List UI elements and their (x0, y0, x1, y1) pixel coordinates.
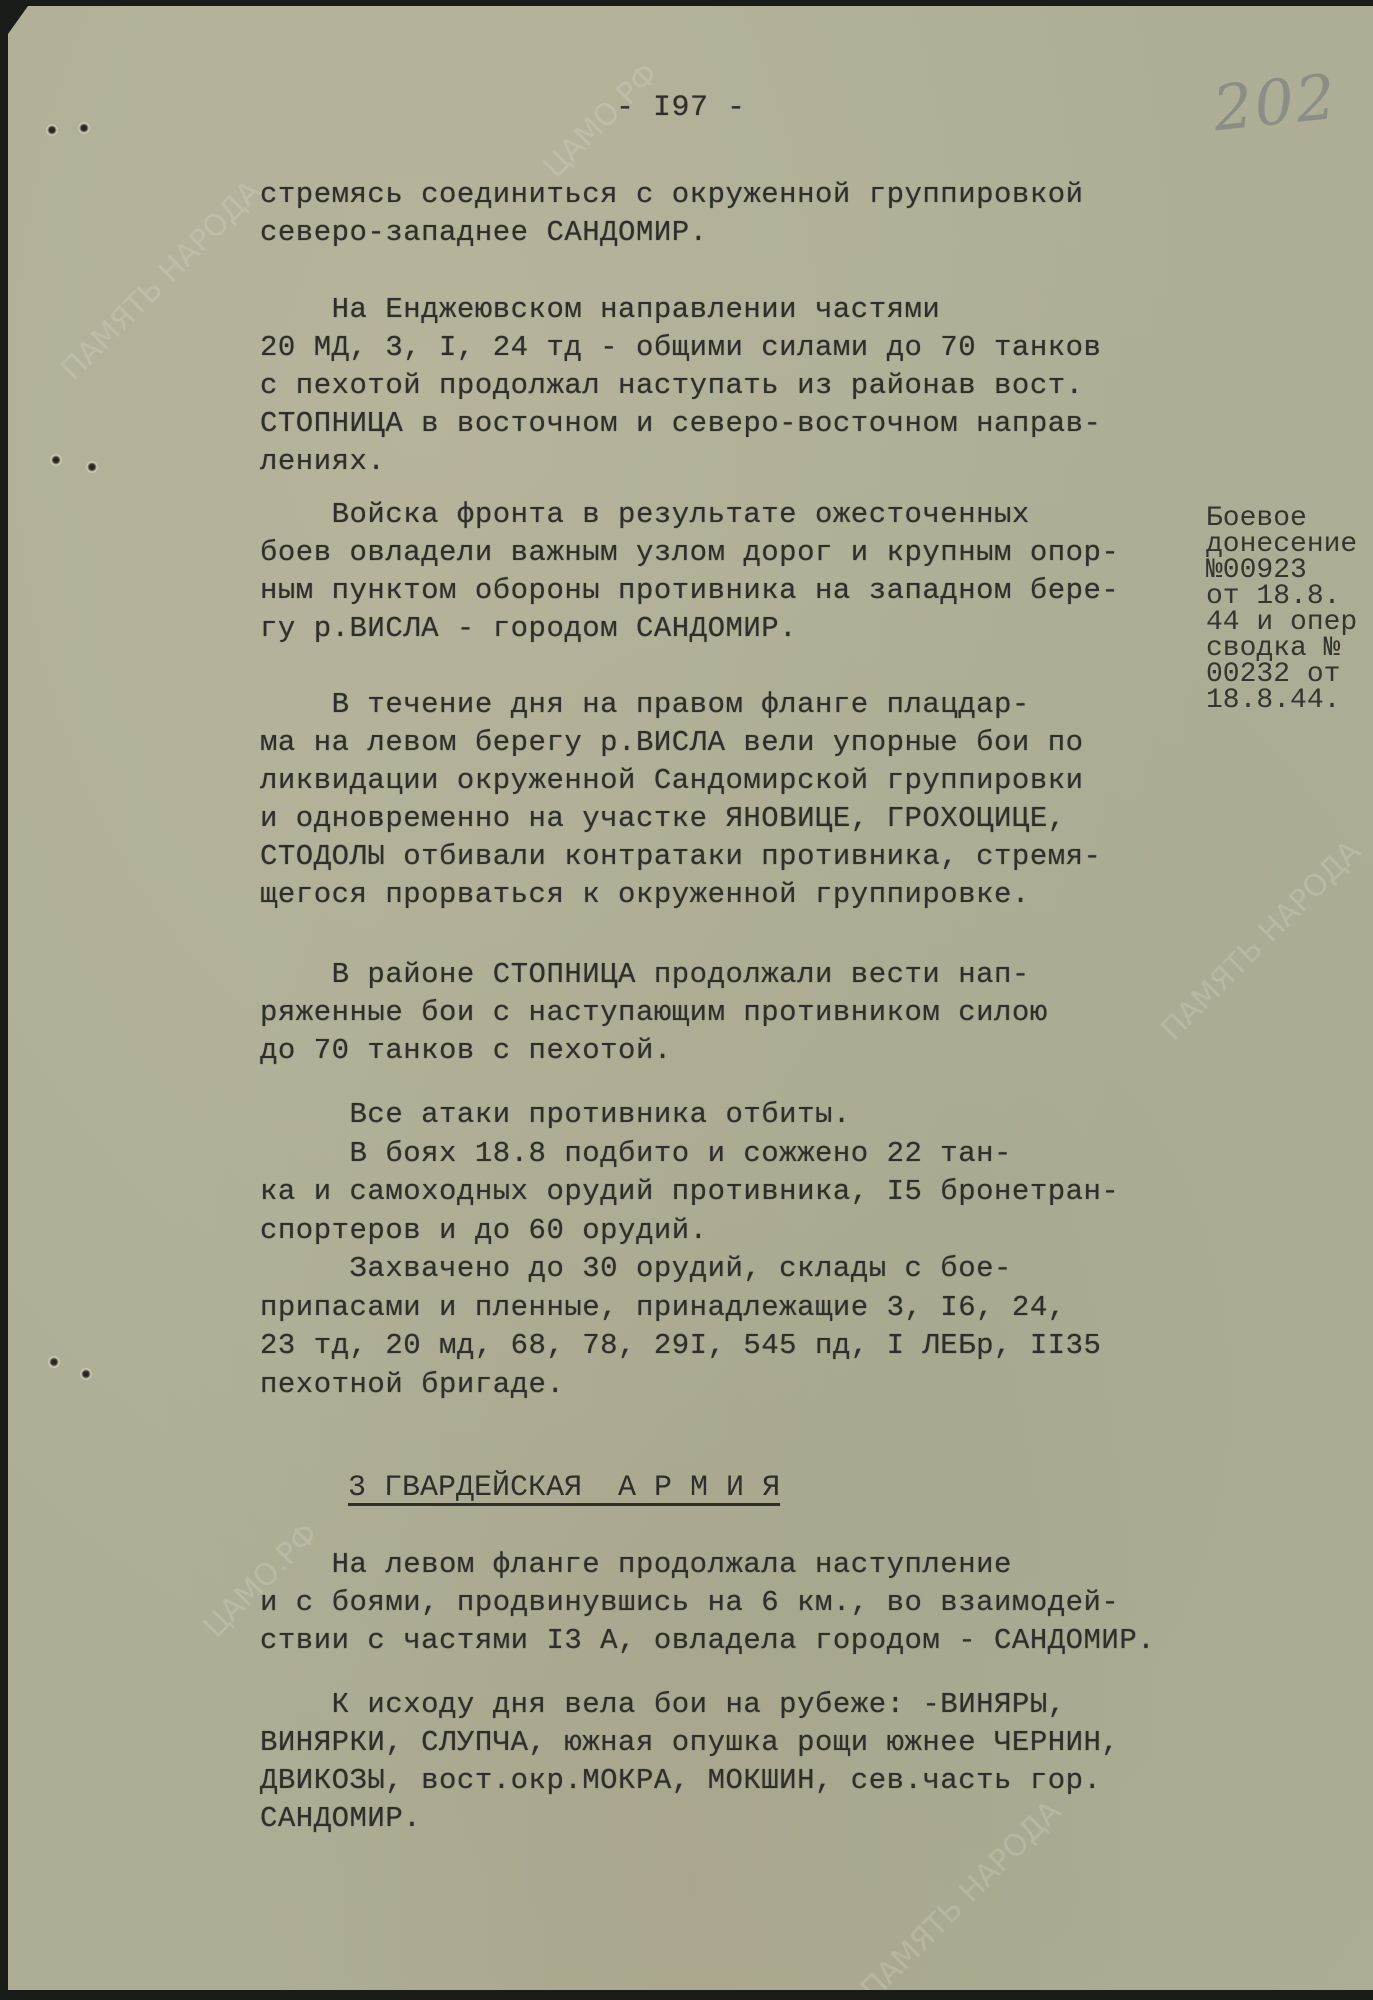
text-line: пехотной бригаде. (260, 1366, 564, 1404)
margin-note: Боевое донесение №00923 от 18.8. 44 и оп… (1206, 506, 1357, 714)
text-line: ка и самоходных орудий противника, I5 бр… (260, 1173, 1119, 1211)
punch-hole (80, 1368, 92, 1380)
text-line: СТОПНИЦА в восточном и северо-восточном … (260, 405, 1101, 443)
text-line: ликвидации окруженной Сандомирской групп… (260, 762, 1084, 800)
punch-hole (78, 122, 90, 134)
text-line: боев овладели важным узлом дорог и крупн… (260, 534, 1119, 572)
text-line: и одновременно на участке ЯНОВИЦЕ, ГРОХО… (260, 800, 1066, 838)
punch-hole (46, 124, 58, 136)
text-line: САНДОМИР. (260, 1800, 421, 1838)
text-line: В течение дня на правом фланге плацдар- (260, 686, 1030, 724)
text-line: с пехотой продолжал наступать из районав… (260, 367, 1084, 405)
archive-number: 202 (1210, 60, 1341, 146)
punch-hole (48, 1356, 60, 1368)
section-heading: 3 ГВАРДЕЙСКАЯ А Р М И Я (348, 1471, 780, 1505)
text-line: В боях 18.8 подбито и сожжено 22 тан- (260, 1135, 1012, 1173)
text-line: СТОДОЛЫ отбивали контратаки противника, … (260, 838, 1101, 876)
text-line: припасами и пленные, принадлежащие 3, I6… (260, 1289, 1066, 1327)
text-line: ма на левом берегу р.ВИСЛА вели упорные … (260, 724, 1084, 762)
text-line: На левом фланге продолжала наступление (260, 1546, 1012, 1584)
text-line: К исходу дня вела бои на рубеже: -ВИНЯРЫ… (260, 1686, 1066, 1724)
document-page: ПАМЯТЬ НАРОДА ЦАМО.РФ ПАМЯТЬ НАРОДА ЦАМО… (8, 6, 1373, 1990)
text-line: Войска фронта в результате ожесточенных (260, 496, 1030, 534)
page-number: - I97 - (616, 89, 746, 127)
text-line: 23 тд, 20 мд, 68, 78, 29I, 545 пд, I ЛЕБ… (260, 1327, 1101, 1365)
text-line: стремясь соединиться с окруженной группи… (260, 176, 1084, 214)
text-line: ДВИКОЗЫ, вост.окр.МОКРА, МОКШИН, сев.час… (260, 1762, 1101, 1800)
text-line: лениях. (260, 443, 385, 481)
text-line: спортеров и до 60 орудий. (260, 1212, 708, 1250)
text-line: ВИНЯРКИ, СЛУПЧА, южная опушка рощи южнее… (260, 1724, 1119, 1762)
punch-hole (50, 454, 62, 466)
text-line: щегося прорваться к окруженной группиров… (260, 876, 1030, 914)
text-line: и с боями, продвинувшись на 6 км., во вз… (260, 1584, 1119, 1622)
text-line: северо-западнее САНДОМИР. (260, 214, 708, 252)
text-line: ствии с частями I3 А, овладела городом -… (260, 1622, 1155, 1660)
text-line: На Енджеювском направлении частями (260, 291, 940, 329)
text-line: ряженные бои с наступающим противником с… (260, 994, 1048, 1032)
text-line: В районе СТОПНИЦА продолжали вести нап- (260, 956, 1030, 994)
text-line: Все атаки противника отбиты. (260, 1096, 851, 1134)
text-line: гу р.ВИСЛА - городом САНДОМИР. (260, 610, 797, 648)
watermark: ПАМЯТЬ НАРОДА (56, 176, 266, 386)
text-line: до 70 танков с пехотой. (260, 1032, 672, 1070)
watermark: ПАМЯТЬ НАРОДА (1156, 836, 1366, 1046)
punch-hole (86, 461, 98, 473)
text-line: 20 МД, 3, I, 24 тд - общими силами до 70… (260, 329, 1101, 367)
text-line: Захвачено до 30 орудий, склады с бое- (260, 1250, 1012, 1288)
text-line: ным пунктом обороны противника на западн… (260, 572, 1119, 610)
watermark: ПАМЯТЬ НАРОДА (856, 1796, 1066, 2000)
